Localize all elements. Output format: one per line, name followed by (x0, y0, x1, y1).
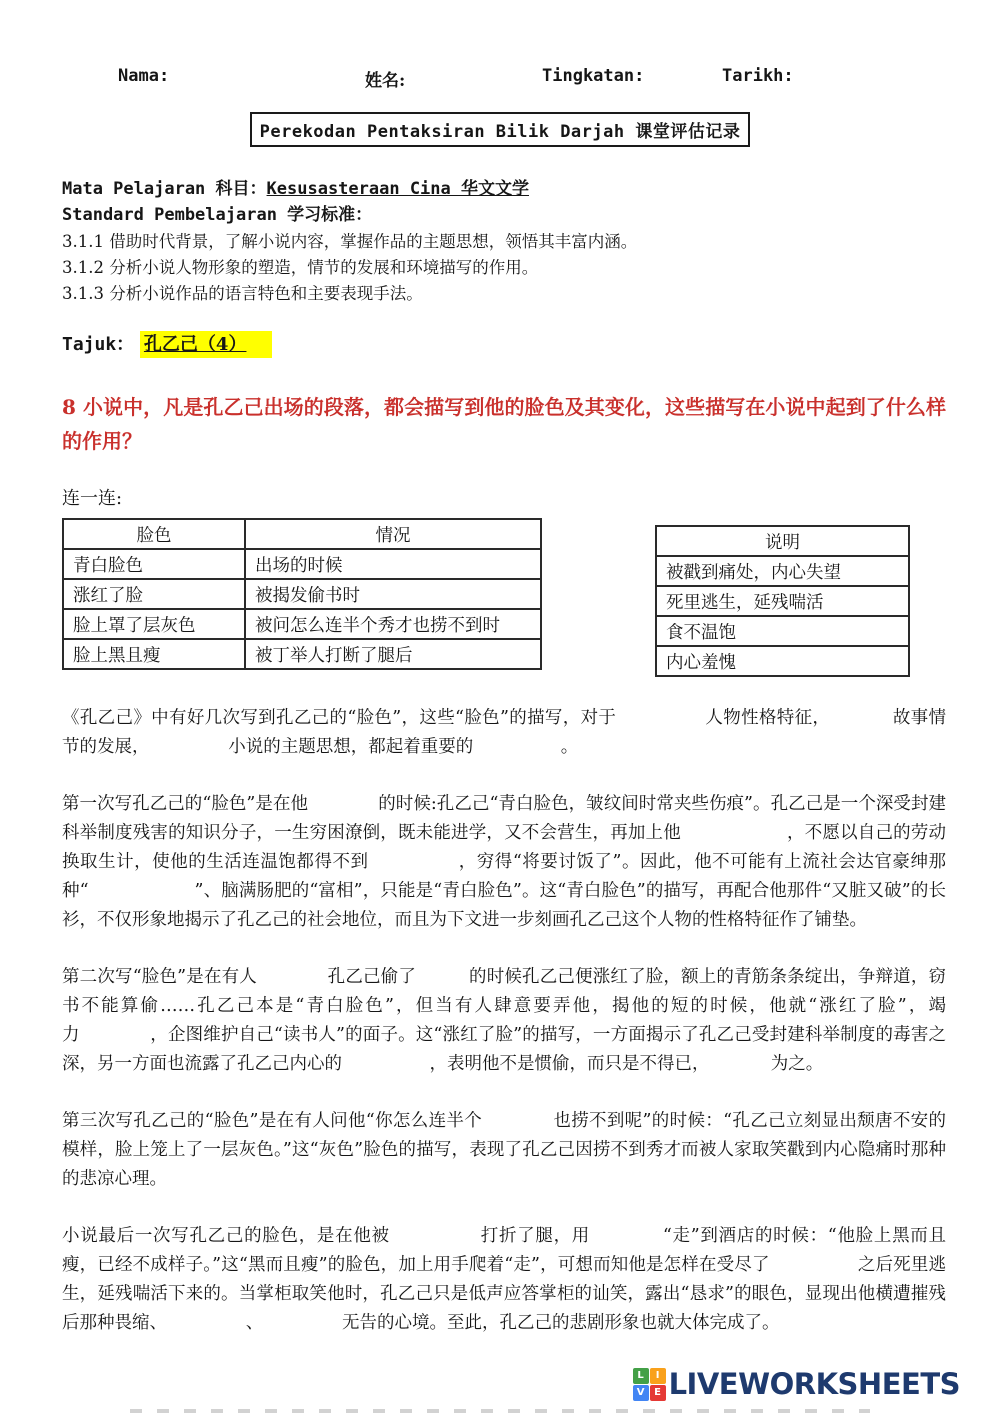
face-color-header: 脸色 (63, 519, 245, 549)
matching-instruction: 连一连: (62, 484, 1000, 510)
subject-line: Mata Pelajaran 科目：Kesusasteraan Cina 华文文… (62, 177, 1000, 202)
situation-cell[interactable]: 被丁举人打断了腿后 (245, 639, 541, 669)
face-color-cell[interactable]: 脸上黑且瘦 (63, 639, 245, 669)
xingming-label: 姓名: (365, 66, 405, 91)
table-row: 食不温饱 (656, 616, 909, 646)
essay-paragraph-1: 《孔乙己》中有好几次写到孔乙己的“脸色”，这些“脸色”的描写，对于 人物性格特征… (62, 704, 946, 762)
logo-square-v: V (633, 1385, 649, 1401)
essay-paragraph-2: 第一次写孔乙己的“脸色”是在他 的时候:孔乙己“青白脸色，皱纹间时常夹些伤痕”。… (62, 790, 946, 935)
subject-label: Mata Pelajaran 科目： (62, 179, 267, 199)
situation-cell[interactable]: 被揭发偷书时 (245, 579, 541, 609)
table-row: 被戳到痛处，内心失望 (656, 556, 909, 586)
face-color-cell[interactable]: 脸上罩了层灰色 (63, 609, 245, 639)
title-row: Perekodan Pentaksiran Bilik Darjah 课堂评估记… (0, 112, 1000, 147)
explanation-cell[interactable]: 食不温饱 (656, 616, 909, 646)
standard-item-3: 3.1.3 分析小说作品的语言特色和主要表现手法。 (62, 281, 1000, 306)
table-row: 脸上黑且瘦 被丁举人打断了腿后 (63, 639, 541, 669)
table-header-row: 脸色 情况 (63, 519, 541, 549)
explanation-cell[interactable]: 内心羞愧 (656, 646, 909, 676)
nama-label: Nama: (118, 66, 169, 86)
essay-paragraph-5: 小说最后一次写孔乙己的脸色，是在他被 打折了腿，用 “走”到酒店的时候：“他脸上… (62, 1222, 946, 1338)
tarikh-label: Tarikh: (722, 66, 794, 86)
standard-item-2: 3.1.2 分析小说人物形象的塑造，情节的发展和环境描写的作用。 (62, 255, 1000, 280)
standard-item-1: 3.1.1 借助时代背景，了解小说内容，掌握作品的主题思想，领悟其丰富内涵。 (62, 229, 1000, 254)
logo-square-i: I (650, 1368, 666, 1384)
table-row: 青白脸色 出场的时候 (63, 549, 541, 579)
table-row: 脸上罩了层灰色 被问怎么连半个秀才也捞不到时 (63, 609, 541, 639)
situation-cell[interactable]: 被问怎么连半个秀才也捞不到时 (245, 609, 541, 639)
face-color-table: 脸色 情况 青白脸色 出场的时候 涨红了脸 被揭发偷书时 脸上罩了层灰色 被问怎… (62, 518, 542, 670)
tajuk-line: Tajuk： 孔乙己（4） (62, 330, 1000, 356)
worksheet-page: Nama: 姓名: Tingkatan: Tarikh: Perekodan P… (0, 0, 1000, 1413)
tajuk-label: Tajuk： (62, 334, 134, 355)
liveworksheets-logo-icon: L I V E (633, 1368, 666, 1401)
clipped-next-line (130, 1409, 870, 1413)
table-row: 内心羞愧 (656, 646, 909, 676)
explanation-cell[interactable]: 死里逃生，延残喘活 (656, 586, 909, 616)
liveworksheets-logo: L I V E LIVEWORKSHEETS (633, 1367, 960, 1401)
face-color-cell[interactable]: 涨红了脸 (63, 579, 245, 609)
tajuk-value: 孔乙己（4） (140, 331, 273, 358)
situation-cell[interactable]: 出场的时候 (245, 549, 541, 579)
essay-paragraph-3: 第二次写“脸色”是在有人 孔乙己偷了 的时候孔乙己便涨红了脸，额上的青筋条条绽出… (62, 963, 946, 1079)
matching-area: 脸色 情况 青白脸色 出场的时候 涨红了脸 被揭发偷书时 脸上罩了层灰色 被问怎… (62, 518, 1000, 677)
logo-square-e: E (650, 1385, 666, 1401)
tingkatan-label: Tingkatan: (542, 66, 644, 86)
table-header-row: 说明 (656, 526, 909, 556)
explanation-header: 说明 (656, 526, 909, 556)
table-row: 涨红了脸 被揭发偷书时 (63, 579, 541, 609)
essay-paragraph-4: 第三次写孔乙己的“脸色”是在有人问他“你怎么连半个 也捞不到呢”的时候：“孔乙己… (62, 1107, 946, 1194)
liveworksheets-wordmark: LIVEWORKSHEETS (669, 1367, 960, 1401)
question-text: 8 小说中，凡是孔乙己出场的段落，都会描写到他的脸色及其变化，这些描写在小说中起… (62, 390, 946, 458)
essay-block: 《孔乙己》中有好几次写到孔乙己的“脸色”，这些“脸色”的描写，对于 人物性格特征… (62, 704, 946, 1338)
explanation-cell[interactable]: 被戳到痛处，内心失望 (656, 556, 909, 586)
header-row: Nama: 姓名: Tingkatan: Tarikh: (0, 66, 1000, 90)
standard-label: Standard Pembelajaran 学习标准： (62, 203, 1000, 228)
subject-value: Kesusasteraan Cina 华文文学 (267, 179, 529, 199)
page-title: Perekodan Pentaksiran Bilik Darjah 课堂评估记… (250, 112, 751, 147)
situation-header: 情况 (245, 519, 541, 549)
explanation-table: 说明 被戳到痛处，内心失望 死里逃生，延残喘活 食不温饱 内心羞愧 (655, 525, 910, 677)
table-row: 死里逃生，延残喘活 (656, 586, 909, 616)
face-color-cell[interactable]: 青白脸色 (63, 549, 245, 579)
logo-square-l: L (633, 1368, 649, 1384)
meta-block: Mata Pelajaran 科目：Kesusasteraan Cina 华文文… (62, 177, 1000, 306)
